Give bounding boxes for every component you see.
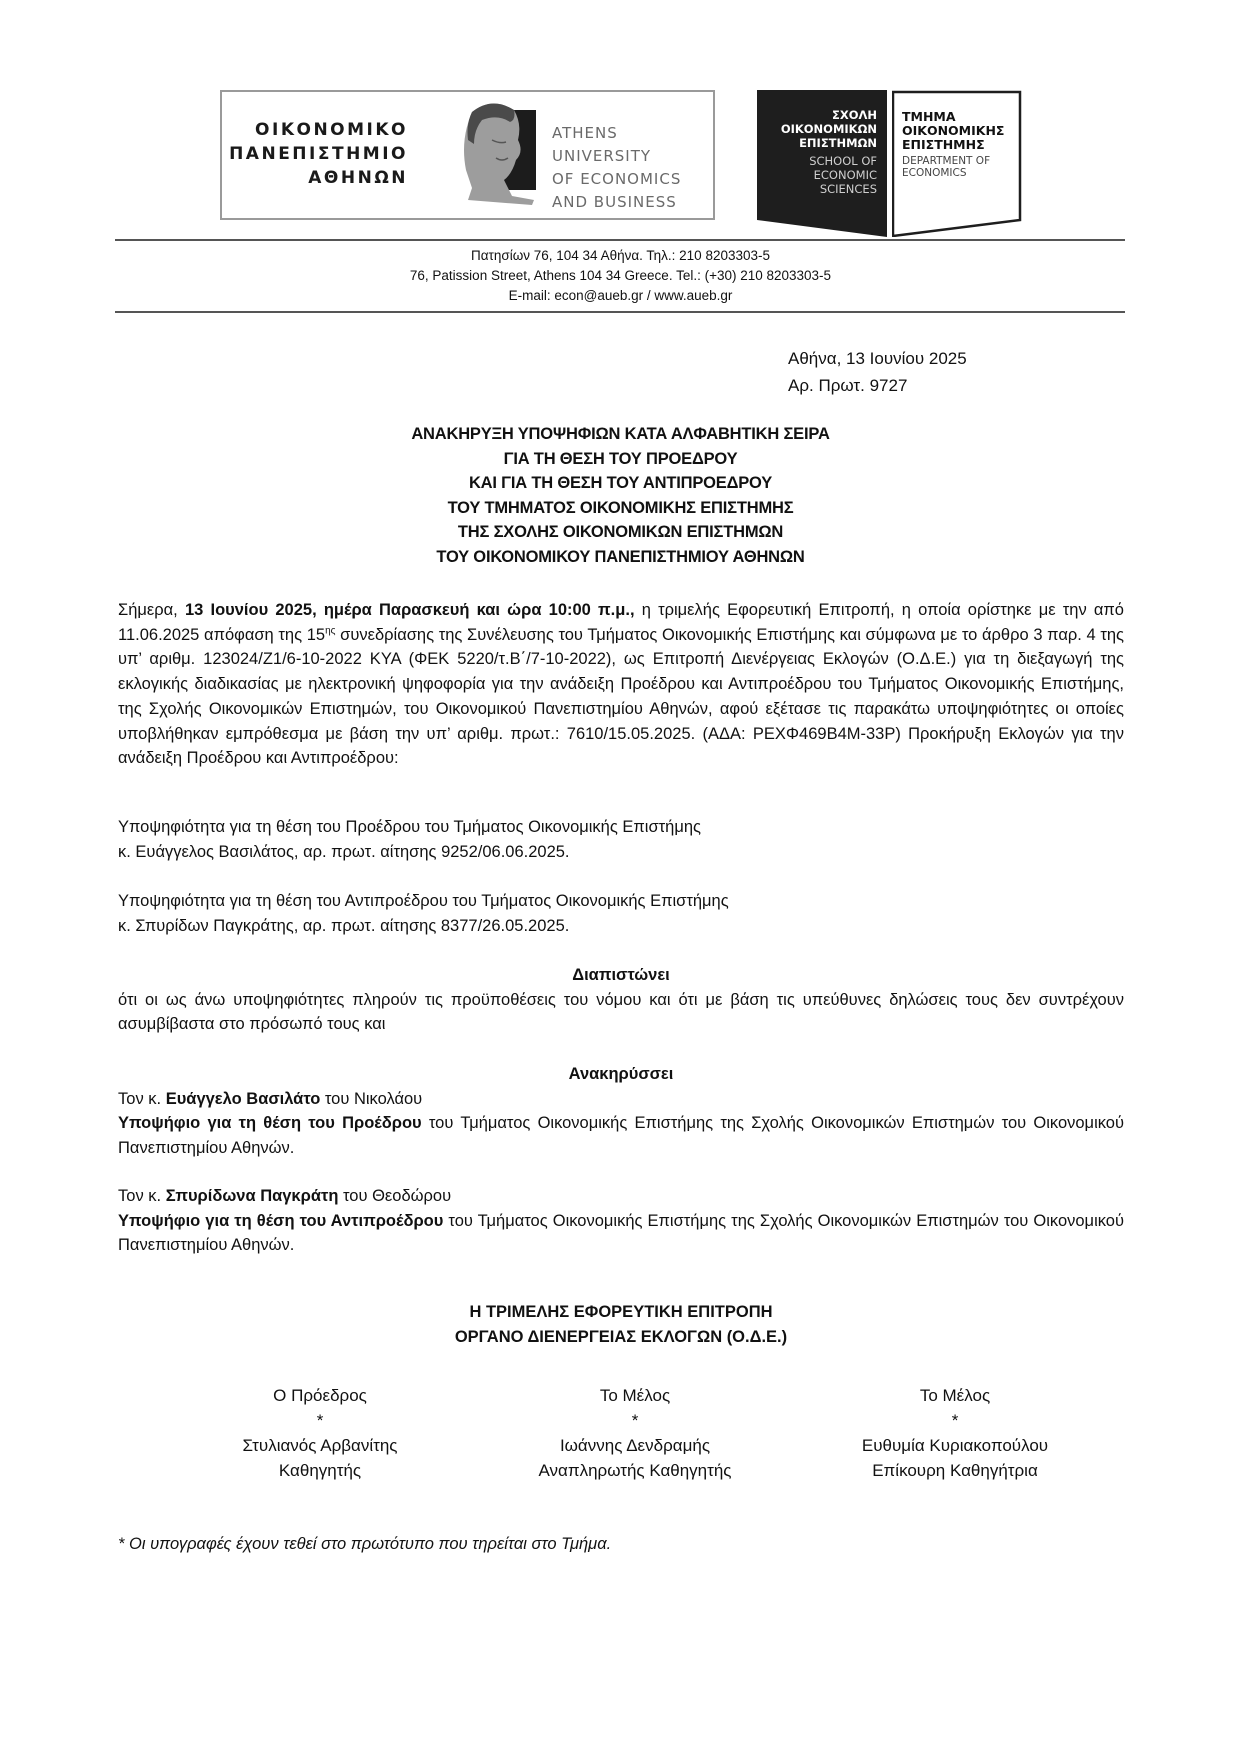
member-title: Επίκουρη Καθηγήτρια xyxy=(805,1458,1105,1483)
declaration-section: Ανακηρύσσει Τον κ. Ευάγγελο Βασιλάτο του… xyxy=(118,1062,1124,1258)
logo-line: ΤΜΗΜΑ xyxy=(902,110,1004,124)
member-title: Καθηγητής xyxy=(170,1458,470,1483)
signature-mark: * xyxy=(170,1408,470,1433)
title-line: ΤΟΥ ΟΙΚΟΝΟΜΙΚΟΥ ΠΑΝΕΠΙΣΤΗΜΙΟΥ ΑΘΗΝΩΝ xyxy=(0,545,1241,570)
date-line: Αθήνα, 13 Ιουνίου 2025 xyxy=(788,345,967,372)
address-divider xyxy=(115,311,1125,313)
candidate-role: Υποψήφιο για τη θέση του Αντιπροέδρου xyxy=(118,1212,443,1230)
committee-heading-line: Η ΤΡΙΜΕΛΗΣ ΕΦΟΡΕΥΤΙΚΗ ΕΠΙΤΡΟΠΗ xyxy=(118,1300,1124,1325)
entry-prefix: Τον κ. xyxy=(118,1187,166,1205)
logo-line: ΣΧΟΛΗ xyxy=(781,108,877,122)
university-name-english: ATHENS UNIVERSITY OF ECONOMICS AND BUSIN… xyxy=(552,122,713,214)
member-name: Ιωάννης Δενδραμής xyxy=(485,1433,785,1458)
declared-candidate-president: Τον κ. Ευάγγελο Βασιλάτο του Νικολάου Υπ… xyxy=(118,1087,1124,1161)
candidacy-heading: Υποψηφιότητα για τη θέση του Προέδρου το… xyxy=(118,815,1124,840)
logo-line: OF ECONOMICS xyxy=(552,168,713,191)
protocol-number: Αρ. Πρωτ. 9727 xyxy=(788,372,967,399)
logo-line: ECONOMICS xyxy=(902,167,1004,179)
entry-prefix: Τον κ. xyxy=(118,1090,166,1108)
document-title: ΑΝΑΚΗΡΥΞΗ ΥΠΟΨΗΦΙΩΝ ΚΑΤΑ ΑΛΦΑΒΗΤΙΚΗ ΣΕΙΡ… xyxy=(0,422,1241,569)
candidacy-president: Υποψηφιότητα για τη θέση του Προέδρου το… xyxy=(118,815,1124,864)
university-name-greek: ΟΙΚΟΝΟΜΙΚΟ ΠΑΝΕΠΙΣΤΗΜΙΟ ΑΘΗΝΩΝ xyxy=(229,118,408,190)
logo-line: SCHOOL OF xyxy=(781,154,877,168)
department-logo: ΤΜΗΜΑ ΟΙΚΟΝΟΜΙΚΗΣ ΕΠΙΣΤΗΜΗΣ DEPARTMENT O… xyxy=(892,90,1022,237)
candidacy-heading: Υποψηφιότητα για τη θέση του Αντιπροέδρο… xyxy=(118,889,1124,914)
finding-heading: Διαπιστώνει xyxy=(118,963,1124,988)
title-line: ΑΝΑΚΗΡΥΞΗ ΥΠΟΨΗΦΙΩΝ ΚΑΤΑ ΑΛΦΑΒΗΤΙΚΗ ΣΕΙΡ… xyxy=(0,422,1241,447)
logo-line: ΑΘΗΝΩΝ xyxy=(229,166,408,190)
logo-line: ΟΙΚΟΝΟΜΙΚΩΝ xyxy=(781,122,877,136)
entry-suffix: του Νικολάου xyxy=(320,1090,422,1108)
logo-line: ΕΠΙΣΤΗΜΗΣ xyxy=(902,138,1004,152)
contact-line: E-mail: econ@aueb.gr / www.aueb.gr xyxy=(0,286,1241,306)
member-title: Αναπληρωτής Καθηγητής xyxy=(485,1458,785,1483)
intro-date-bold: 13 Ιουνίου 2025, ημέρα Παρασκευή και ώρα… xyxy=(185,601,635,619)
declared-candidate-vice-president: Τον κ. Σπυρίδωνα Παγκράτη του Θεοδώρου Υ… xyxy=(118,1184,1124,1258)
entry-suffix: του Θεοδώρου xyxy=(338,1187,451,1205)
ordinal-superscript: ης xyxy=(325,625,335,636)
declaration-heading: Ανακηρύσσει xyxy=(118,1062,1124,1087)
candidacy-detail: κ. Σπυρίδων Παγκράτης, αρ. πρωτ. αίτησης… xyxy=(118,914,1124,939)
committee-heading: Η ΤΡΙΜΕΛΗΣ ΕΦΟΡΕΥΤΙΚΗ ΕΠΙΤΡΟΠΗ ΟΡΓΑΝΟ ΔΙ… xyxy=(118,1300,1124,1349)
finding-section: Διαπιστώνει ότι οι ως άνω υποψηφιότητες … xyxy=(118,963,1124,1037)
signature-mark: * xyxy=(805,1408,1105,1433)
hermes-bust-icon xyxy=(462,100,536,205)
logo-line: ΟΙΚΟΝΟΜΙΚΗΣ xyxy=(902,124,1004,138)
member-role: Το Μέλος xyxy=(485,1383,785,1408)
member-name: Ευθυμία Κυριακοπούλου xyxy=(805,1433,1105,1458)
member-role: Το Μέλος xyxy=(805,1383,1105,1408)
logo-line: ECONOMIC xyxy=(781,168,877,182)
committee-heading-line: ΟΡΓΑΝΟ ΔΙΕΝΕΡΓΕΙΑΣ ΕΚΛΟΓΩΝ (Ο.Δ.Ε.) xyxy=(118,1325,1124,1350)
logo-line: SCIENCES xyxy=(781,182,877,196)
address-greek: Πατησίων 76, 104 34 Αθήνα. Τηλ.: 210 820… xyxy=(0,246,1241,266)
address-block: Πατησίων 76, 104 34 Αθήνα. Τηλ.: 210 820… xyxy=(0,246,1241,306)
candidate-role: Υποψήφιο για τη θέση του Προέδρου xyxy=(118,1114,422,1132)
candidate-name: Ευάγγελο Βασιλάτο xyxy=(166,1090,321,1108)
logo-line: AND BUSINESS xyxy=(552,191,713,214)
department-name: ΤΜΗΜΑ ΟΙΚΟΝΟΜΙΚΗΣ ΕΠΙΣΤΗΜΗΣ DEPARTMENT O… xyxy=(902,110,1004,179)
member-role: Ο Πρόεδρος xyxy=(170,1383,470,1408)
signature-member-1: Το Μέλος * Ιωάννης Δενδραμής Αναπληρωτής… xyxy=(485,1383,785,1483)
candidate-name: Σπυρίδωνα Παγκράτη xyxy=(166,1187,339,1205)
title-line: ΚΑΙ ΓΙΑ ΤΗ ΘΕΣΗ ΤΟΥ ΑΝΤΙΠΡΟΕΔΡΟΥ xyxy=(0,471,1241,496)
address-english: 76, Patission Street, Athens 104 34 Gree… xyxy=(0,266,1241,286)
logo-line: ATHENS UNIVERSITY xyxy=(552,122,713,168)
logo-line: ΠΑΝΕΠΙΣΤΗΜΙΟ xyxy=(229,142,408,166)
finding-text: ότι οι ως άνω υποψηφιότητες πληρούν τις … xyxy=(118,988,1124,1037)
logo-line: ΕΠΙΣΤΗΜΩΝ xyxy=(781,136,877,150)
signature-footnote: * Οι υπογραφές έχουν τεθεί στο πρωτότυπο… xyxy=(118,1535,611,1554)
header-divider xyxy=(115,239,1125,241)
logo-line: ΟΙΚΟΝΟΜΙΚΟ xyxy=(229,118,408,142)
signature-member-2: Το Μέλος * Ευθυμία Κυριακοπούλου Επίκουρ… xyxy=(805,1383,1105,1483)
university-logo: ΟΙΚΟΝΟΜΙΚΟ ΠΑΝΕΠΙΣΤΗΜΙΟ ΑΘΗΝΩΝ ATHENS UN… xyxy=(220,90,715,220)
signature-chair: Ο Πρόεδρος * Στυλιανός Αρβανίτης Καθηγητ… xyxy=(170,1383,470,1483)
school-name: ΣΧΟΛΗ ΟΙΚΟΝΟΜΙΚΩΝ ΕΠΙΣΤΗΜΩΝ SCHOOL OF EC… xyxy=(781,108,877,196)
title-line: ΤΗΣ ΣΧΟΛΗΣ ΟΙΚΟΝΟΜΙΚΩΝ ΕΠΙΣΤΗΜΩΝ xyxy=(0,520,1241,545)
intro-paragraph: Σήμερα, 13 Ιουνίου 2025, ημέρα Παρασκευή… xyxy=(118,598,1124,771)
school-logo: ΣΧΟΛΗ ΟΙΚΟΝΟΜΙΚΩΝ ΕΠΙΣΤΗΜΩΝ SCHOOL OF EC… xyxy=(757,90,887,237)
member-name: Στυλιανός Αρβανίτης xyxy=(170,1433,470,1458)
title-line: ΓΙΑ ΤΗ ΘΕΣΗ ΤΟΥ ΠΡΟΕΔΡΟΥ xyxy=(0,447,1241,472)
signature-mark: * xyxy=(485,1408,785,1433)
intro-lead: Σήμερα, xyxy=(118,601,185,619)
logo-line: DEPARTMENT OF xyxy=(902,155,1004,167)
candidacy-detail: κ. Ευάγγελος Βασιλάτος, αρ. πρωτ. αίτηση… xyxy=(118,840,1124,865)
title-line: ΤΟΥ ΤΜΗΜΑΤΟΣ ΟΙΚΟΝΟΜΙΚΗΣ ΕΠΙΣΤΗΜΗΣ xyxy=(0,496,1241,521)
candidacy-vice-president: Υποψηφιότητα για τη θέση του Αντιπροέδρο… xyxy=(118,889,1124,938)
date-protocol-block: Αθήνα, 13 Ιουνίου 2025 Αρ. Πρωτ. 9727 xyxy=(788,345,967,399)
intro-text: συνεδρίασης της Συνέλευσης του Τμήματος … xyxy=(118,626,1124,768)
